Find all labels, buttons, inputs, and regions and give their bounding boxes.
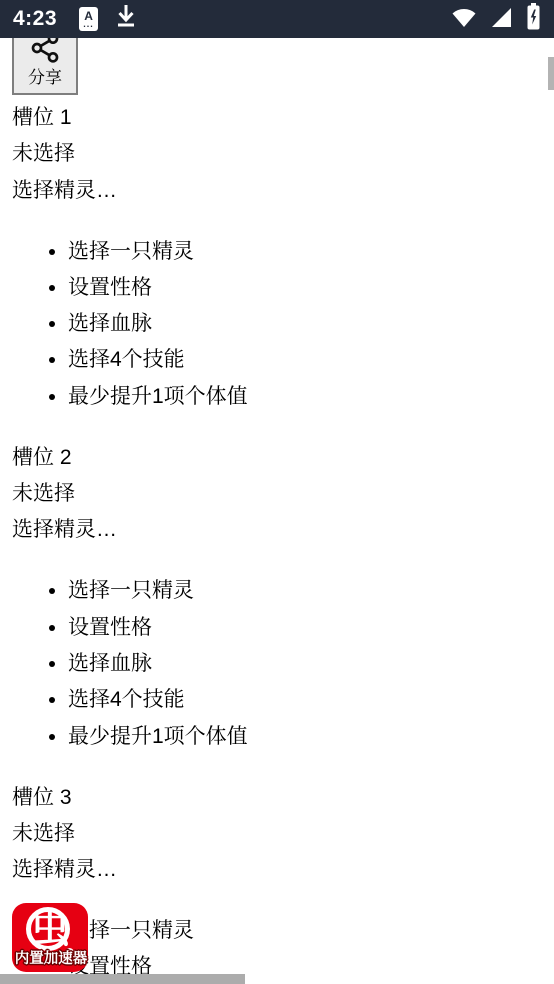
status-bar: 4:23 A ... <box>0 0 554 38</box>
requirement-item: 选择4个技能 <box>68 342 554 378</box>
slot-requirements-list: 选择一只精灵 设置性格 选择血脉 选择4个技能 最少提升1项个体值 <box>12 234 554 415</box>
slot-title: 槽位 3 <box>12 780 554 816</box>
slot-action-select-sprite[interactable]: 选择精灵… <box>12 852 554 888</box>
horizontal-scrollbar[interactable] <box>0 974 245 984</box>
slot-section-1: 槽位 1 未选择 选择精灵… 选择一只精灵 设置性格 选择血脉 选择4个技能 最… <box>12 100 554 415</box>
requirement-item: 选择血脉 <box>68 646 554 682</box>
slot-section-3: 槽位 3 未选择 选择精灵… 选择一只精灵 设置性格 <box>12 780 554 984</box>
slot-status: 未选择 <box>12 816 554 852</box>
slot-requirements-list: 选择一只精灵 设置性格 选择血脉 选择4个技能 最少提升1项个体值 <box>12 573 554 754</box>
requirement-item: 选择一只精灵 <box>68 573 554 609</box>
accelerator-badge-label: 内置加速器 <box>10 947 92 968</box>
requirement-item: 最少提升1项个体值 <box>68 719 554 755</box>
status-right-icons <box>451 3 541 35</box>
slot-status: 未选择 <box>12 476 554 512</box>
slot-title: 槽位 2 <box>12 440 554 476</box>
autofill-a-icon: A ... <box>79 7 98 31</box>
battery-charging-icon <box>526 3 541 35</box>
slot-section-2: 槽位 2 未选择 选择精灵… 选择一只精灵 设置性格 选择血脉 选择4个技能 最… <box>12 440 554 755</box>
requirement-item: 选择一只精灵 <box>68 234 554 270</box>
phone-screen: 4:23 A ... <box>0 0 554 984</box>
page-content: 分享 槽位 1 未选择 选择精灵… 选择一只精灵 设置性格 选择血脉 选择4个技… <box>0 38 554 984</box>
status-left-icons: A ... <box>79 4 138 35</box>
requirement-item: 最少提升1项个体值 <box>68 379 554 415</box>
share-nodes-icon <box>29 38 61 67</box>
requirement-item: 设置性格 <box>68 610 554 646</box>
share-button[interactable]: 分享 <box>12 38 78 95</box>
download-icon <box>114 4 138 35</box>
cellular-signal-icon <box>490 6 513 33</box>
slot-action-select-sprite[interactable]: 选择精灵… <box>12 512 554 548</box>
wifi-icon <box>451 6 477 33</box>
vertical-scrollbar[interactable] <box>548 57 554 90</box>
slot-action-select-sprite[interactable]: 选择精灵… <box>12 173 554 209</box>
requirement-item: 设置性格 <box>68 270 554 306</box>
requirement-item: 选择一只精灵 <box>68 913 554 949</box>
slot-title: 槽位 1 <box>12 100 554 136</box>
accelerator-badge[interactable]: 虫 内置加速器 <box>12 903 88 972</box>
slot-status: 未选择 <box>12 136 554 172</box>
status-time: 4:23 <box>13 7 57 31</box>
requirement-item: 选择血脉 <box>68 306 554 342</box>
share-button-label: 分享 <box>28 69 62 87</box>
requirement-item: 选择4个技能 <box>68 682 554 718</box>
